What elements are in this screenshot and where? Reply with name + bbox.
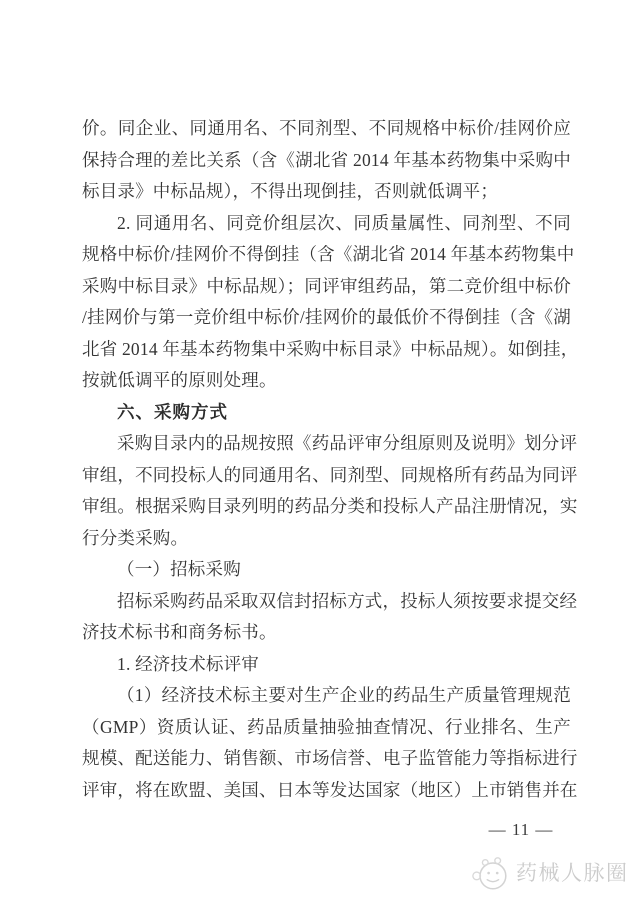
doc-line: 审组。根据采购目录列明的药品分类和投标人产品注册情况，实 [82, 491, 571, 523]
doc-line: 济技术标书和商务标书。 [82, 617, 571, 649]
doc-line: 保持合理的差比关系（含《湖北省 2014 年基本药物集中采购中 [82, 145, 571, 177]
doc-line: 2. 同通用名、同竞价组层次、同质量属性、同剂型、不同 [82, 208, 571, 240]
doc-line: 规模、配送能力、销售额、市场信誉、电子监管能力等指标进行 [82, 743, 571, 775]
mascot-face-icon [470, 853, 512, 895]
doc-line: 北省 2014 年基本药物集中采购中标目录》中标品规）。如倒挂， [82, 334, 571, 366]
doc-line: /挂网价与第一竞价组中标价/挂网价的最低价不得倒挂（含《湖 [82, 302, 571, 334]
doc-line: 规格中标价/挂网价不得倒挂（含《湖北省 2014 年基本药物集中 [82, 239, 571, 271]
doc-line: （GMP）资质认证、药品质量抽验抽查情况、行业排名、生产 [82, 712, 571, 744]
doc-line: 标目录》中标品规），不得出现倒挂，否则就低调平； [82, 176, 571, 208]
doc-line: 按就低调平的原则处理。 [82, 365, 571, 397]
doc-line: 评审，将在欧盟、美国、日本等发达国家（地区）上市销售并在 [82, 775, 571, 807]
brand-name: 药械人脉圈 [516, 853, 629, 895]
section-heading-procurement-method: 六、采购方式 [82, 397, 571, 429]
body-text: 价。同企业、同通用名、不同剂型、不同规格中标价/挂网价应 保持合理的差比关系（含… [82, 113, 571, 806]
doc-line: 价。同企业、同通用名、不同剂型、不同规格中标价/挂网价应 [82, 113, 571, 145]
doc-line: 采购中标目录》中标品规）；同评审组药品，第二竞价组中标价 [82, 271, 571, 303]
document-page: 价。同企业、同通用名、不同剂型、不同规格中标价/挂网价应 保持合理的差比关系（含… [0, 0, 640, 905]
item-heading-economic-technical-review: 1. 经济技术标评审 [82, 649, 571, 681]
doc-line: （1）经济技术标主要对生产企业的药品生产质量管理规范 [82, 680, 571, 712]
brand-watermark: 药械人脉圈 [470, 853, 629, 895]
doc-line: 采购目录内的品规按照《药品评审分组原则及说明》划分评 [82, 428, 571, 460]
page-number: — 11 — [456, 820, 586, 840]
doc-line: 招标采购药品采取双信封招标方式，投标人须按要求提交经 [82, 586, 571, 618]
doc-line: 行分类采购。 [82, 523, 571, 555]
doc-line: 审组，不同投标人的同通用名、同剂型、同规格所有药品为同评 [82, 460, 571, 492]
subsection-heading-tender-procurement: （一）招标采购 [82, 554, 571, 586]
